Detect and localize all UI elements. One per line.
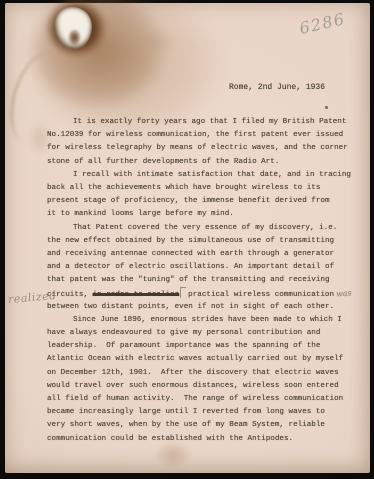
text-line: Since June 1896, enormous strides have b… <box>47 314 363 327</box>
burn-scorch-ring <box>39 0 113 63</box>
paper-stain-top <box>141 29 181 55</box>
text-line: between two distant points, even if not … <box>47 301 363 314</box>
text-line: would travel over such enormous distance… <box>47 380 363 393</box>
burn-stain-mid <box>7 0 187 129</box>
text-line: for wireless telegraphy by means of elec… <box>47 142 363 155</box>
text-line: I recall with intimate satisfaction that… <box>47 169 363 182</box>
text-line: That Patent covered the very essence of … <box>47 222 363 235</box>
text-line: back all the achievements which have bro… <box>47 182 363 195</box>
text-line: No.12039 for wireless communication, the… <box>47 129 363 142</box>
text-line: It is exactly forty years ago that I fil… <box>47 116 363 129</box>
text-line: the new effect obtained by the simultane… <box>47 235 363 248</box>
dateline: Rome, 2nd June, 1936 <box>229 83 325 92</box>
struck-text: in order to realise <box>93 291 180 299</box>
text-line: stone of all further developments of the… <box>47 156 363 169</box>
document-page: 6286 Rome, 2nd June, 1936 It is exactly … <box>5 3 370 473</box>
text-line: have always endeavoured to give my perso… <box>47 327 363 340</box>
text-line: leadership. Of paramount importance was … <box>47 340 363 353</box>
text-line: and a detector of electric oscillations.… <box>47 261 363 274</box>
text-segment: practical wireless communication <box>188 291 334 299</box>
pencil-insertion-caret-icon <box>180 287 186 298</box>
text-line: became increasingly large until I revert… <box>47 406 363 419</box>
text-line: on December 12th, 1901. After the discov… <box>47 367 363 380</box>
ink-speck <box>325 106 328 109</box>
text-line: it to mankind looms large before my mind… <box>47 208 363 221</box>
letter-body: It is exactly forty years ago that I fil… <box>47 116 363 446</box>
text-line: that patent was the "tuning" of the tran… <box>47 274 363 287</box>
burn-hole-notch <box>68 29 81 46</box>
text-line: present stage of proficiency, the immens… <box>47 195 363 208</box>
text-line: Atlantic Ocean with electric waves actua… <box>47 353 363 366</box>
pencil-archive-number: 6286 <box>297 9 347 38</box>
text-line: all field of human activity. The range o… <box>47 393 363 406</box>
text-line: communication could be established with … <box>47 433 363 446</box>
text-line: and receiving antennae connected with ea… <box>47 248 363 261</box>
text-line: very short waves, when by the use of my … <box>47 419 363 432</box>
scan-background: 6286 Rome, 2nd June, 1936 It is exactly … <box>0 0 374 479</box>
burn-hole <box>53 5 94 51</box>
pencil-inserted-word: was <box>335 287 352 302</box>
text-line: circuits, in order to realisepractical w… <box>47 287 363 300</box>
